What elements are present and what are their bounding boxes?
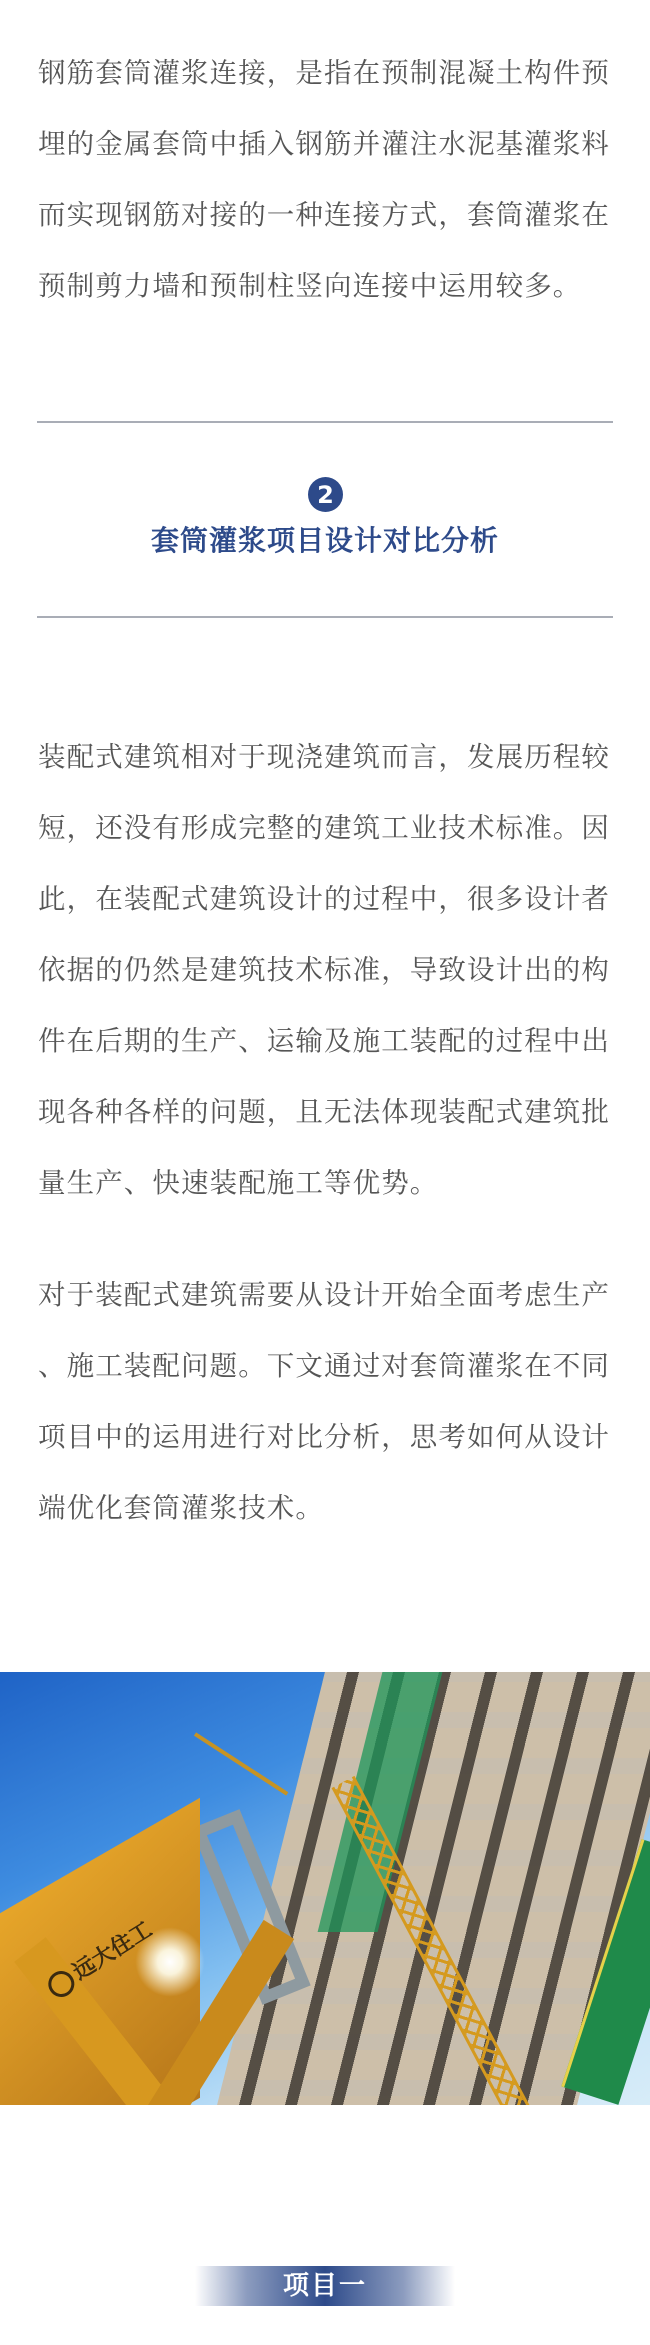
- text-line: 现各种各样的问题，且无法体现装配式建筑批: [38, 1077, 614, 1148]
- section-divider-bottom: [37, 616, 613, 618]
- text-line: 而实现钢筋对接的一种连接方式，套筒灌浆在: [38, 180, 614, 251]
- text-line: 对于装配式建筑需要从设计开始全面考虑生产: [38, 1260, 614, 1331]
- section-divider-top: [37, 421, 613, 423]
- project-banner: 项目一: [195, 2266, 455, 2306]
- body-paragraph-1: 装配式建筑相对于现浇建筑而言，发展历程较 短，还没有形成完整的建筑工业技术标准。…: [38, 722, 614, 1219]
- text-line: 短，还没有形成完整的建筑工业技术标准。因: [38, 793, 614, 864]
- text-line: 项目中的运用进行对比分析，思考如何从设计: [38, 1402, 614, 1473]
- text-line: 预制剪力墙和预制柱竖向连接中运用较多。: [38, 251, 614, 322]
- crane-jib: [194, 1732, 288, 1795]
- text-line: 端优化套筒灌浆技术。: [38, 1473, 614, 1544]
- text-line: 、施工装配问题。下文通过对套筒灌浆在不同: [38, 1331, 614, 1402]
- intro-paragraph: 钢筋套筒灌浆连接，是指在预制混凝土构件预 埋的金属套筒中插入钢筋并灌注水泥基灌浆…: [38, 38, 614, 322]
- section-number-badge: 2: [308, 477, 343, 512]
- text-line: 钢筋套筒灌浆连接，是指在预制混凝土构件预: [38, 38, 614, 109]
- text-line: 装配式建筑相对于现浇建筑而言，发展历程较: [38, 722, 614, 793]
- text-line: 此，在装配式建筑设计的过程中，很多设计者: [38, 864, 614, 935]
- construction-site-photo: 远大住工: [0, 1672, 650, 2105]
- text-line: 埋的金属套筒中插入钢筋并灌注水泥基灌浆料: [38, 109, 614, 180]
- body-paragraph-2: 对于装配式建筑需要从设计开始全面考虑生产 、施工装配问题。下文通过对套筒灌浆在不…: [38, 1260, 614, 1544]
- text-line: 量生产、快速装配施工等优势。: [38, 1148, 614, 1219]
- section-title: 套筒灌浆项目设计对比分析: [0, 522, 650, 560]
- text-line: 件在后期的生产、运输及施工装配的过程中出: [38, 1006, 614, 1077]
- text-line: 依据的仍然是建筑技术标准，导致设计出的构: [38, 935, 614, 1006]
